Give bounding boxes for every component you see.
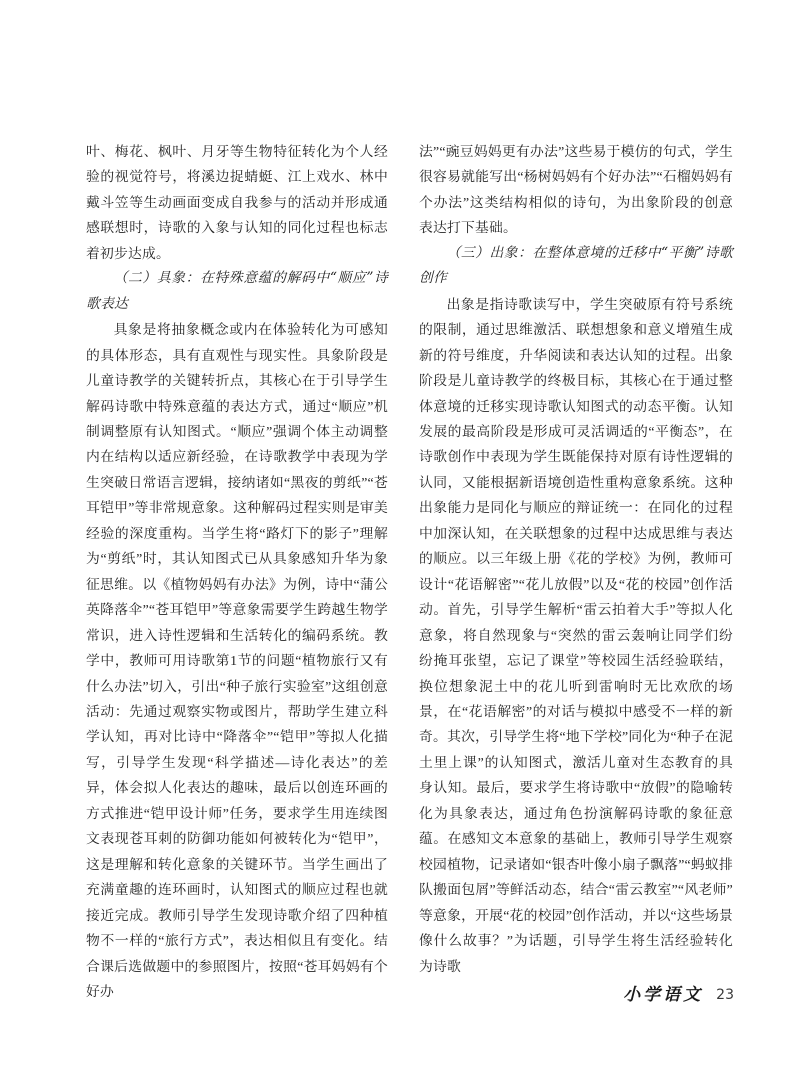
left-column: 叶、梅花、枫叶、月牙等生物特征转化为个人经验的视觉符号，将溪边捉蜻蜓、江上戏水、… (86, 139, 388, 1004)
page-footer: 小学语文 23 (0, 980, 734, 1005)
page-number: 23 (716, 987, 734, 1003)
paragraph-juxiang: 具象是将抽象概念或内在体验转化为可感知的具体形态，具有直观性与现实性。具象阶段是… (86, 317, 388, 1004)
paragraph-ruxiang-continuation: 叶、梅花、枫叶、月牙等生物特征转化为个人经验的视觉符号，将溪边捉蜻蜓、江上戏水、… (86, 139, 388, 266)
section-heading-2-juxiang: （二）具象：在特殊意蕴的解码中“顺应”诗歌表达 (86, 266, 388, 317)
journal-logo: 小学语文 (623, 985, 703, 1005)
right-column: 法”“豌豆妈妈更有办法”这些易于模仿的句式，学生很容易就能写出“杨树妈妈有个好办… (419, 139, 733, 979)
paragraph-juxiang-continuation: 法”“豌豆妈妈更有办法”这些易于模仿的句式，学生很容易就能写出“杨树妈妈有个好办… (419, 139, 733, 241)
paragraph-chuxiang: 出象是指诗歌读写中，学生突破原有符号系统的限制，通过思维激活、联想想象和意义增殖… (419, 292, 733, 979)
section-heading-3-chuxiang: （三）出象：在整体意境的迁移中“平衡”诗歌创作 (419, 241, 733, 292)
